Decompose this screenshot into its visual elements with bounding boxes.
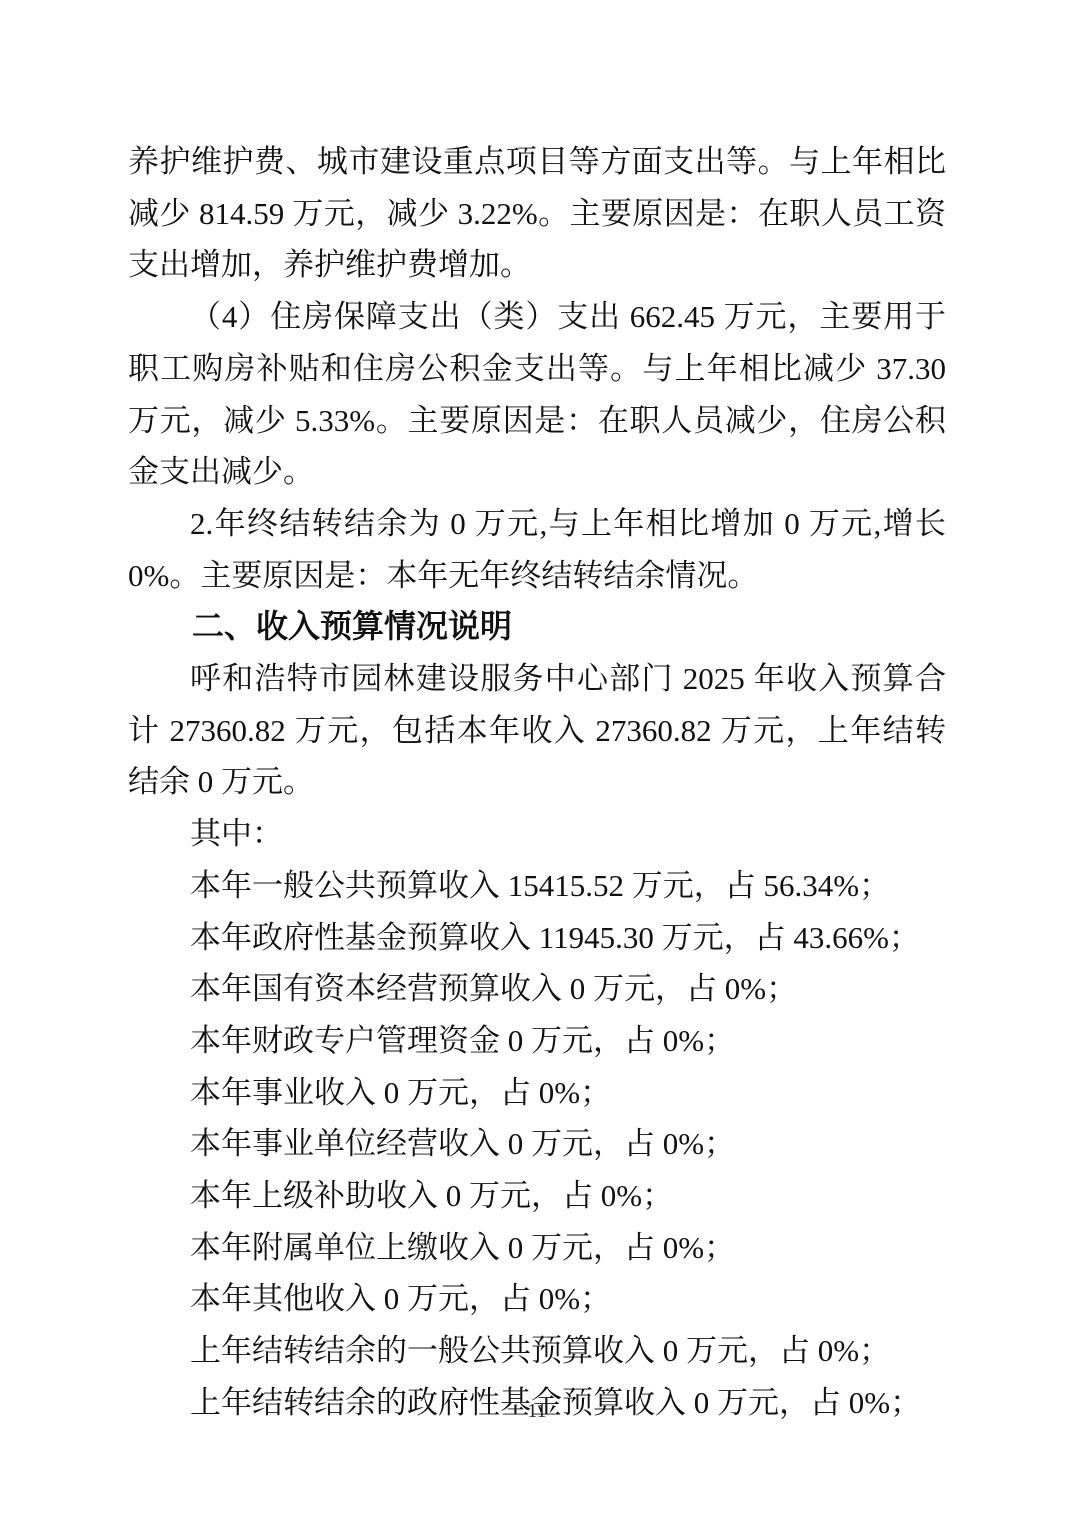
paragraph: 本年附属单位上缴收入 0 万元，占 0%；: [128, 1222, 946, 1274]
paragraph: 本年事业收入 0 万元，占 0%；: [128, 1067, 946, 1119]
paragraph: 本年国有资本经营预算收入 0 万元，占 0%；: [128, 963, 946, 1015]
paragraph: （4）住房保障支出（类）支出 662.45 万元，主要用于职工购房补贴和住房公积…: [128, 291, 946, 498]
paragraph: 本年其他收入 0 万元，占 0%；: [128, 1273, 946, 1325]
page-number: 11: [527, 1400, 546, 1422]
document-body: 养护维护费、城市建设重点项目等方面支出等。与上年相比减少 814.59 万元，减…: [128, 136, 946, 1429]
paragraph: 2.年终结转结余为 0 万元,与上年相比增加 0 万元,增长 0%。主要原因是：…: [128, 498, 946, 601]
paragraph: 上年结转结余的一般公共预算收入 0 万元，占 0%；: [128, 1325, 946, 1377]
paragraph: 其中：: [128, 808, 946, 860]
paragraph: 本年政府性基金预算收入 11945.30 万元，占 43.66%；: [128, 912, 946, 964]
paragraph: 本年一般公共预算收入 15415.52 万元，占 56.34%；: [128, 860, 946, 912]
paragraph: 呼和浩特市园林建设服务中心部门 2025 年收入预算合计 27360.82 万元…: [128, 653, 946, 808]
section-heading: 二、收入预算情况说明: [128, 601, 946, 653]
paragraph: 本年财政专户管理资金 0 万元，占 0%；: [128, 1015, 946, 1067]
paragraph: 养护维护费、城市建设重点项目等方面支出等。与上年相比减少 814.59 万元，减…: [128, 136, 946, 291]
paragraph: 本年上级补助收入 0 万元，占 0%；: [128, 1170, 946, 1222]
paragraph: 本年事业单位经营收入 0 万元，占 0%；: [128, 1118, 946, 1170]
page-footer: 11: [0, 1400, 1074, 1423]
